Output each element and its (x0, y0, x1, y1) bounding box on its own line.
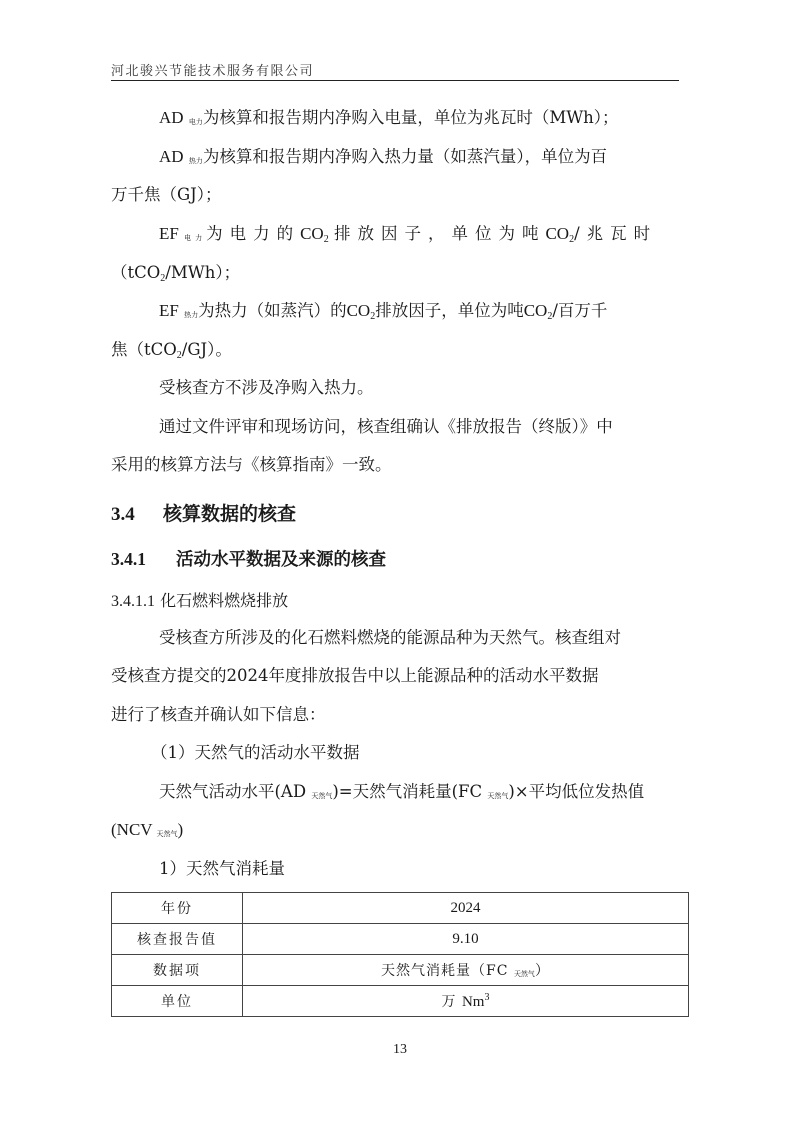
table-cell-value: 万 Nm3 (243, 986, 689, 1017)
gas-consumption-table: 年份 2024 核查报告值 9.10 数据项 天然气消耗量（FC 天然气） 单位… (111, 892, 689, 1017)
section-heading-3-4-1-1: 3.4.1.1 化石燃料燃烧排放 (111, 589, 681, 614)
definition-ef-power: EF 电力为电力的CO2 排放因子，单位为吨CO2/兆瓦时 (111, 222, 729, 252)
section-heading-3-4: 3.4核算数据的核查 (111, 503, 681, 527)
table-cell-value: 9.10 (243, 924, 689, 955)
definition-ad-power: AD 电力为核算和报告期内净购入电量，单位为兆瓦时（MWh）； (111, 106, 729, 134)
definition-ad-heat: AD 热力为核算和报告期内净购入热力量（如蒸汽量），单位为百 (111, 145, 729, 173)
table-row: 年份 2024 (112, 893, 689, 924)
company-name: 河北骏兴节能技术服务有限公司 (111, 60, 314, 79)
paragraph-confirm-cont: 采用的核算方法与《核算指南》一致。 (111, 453, 681, 477)
formula-line-cont: (NCV 天然气) (111, 818, 681, 846)
definition-ad-heat-cont: 万千焦（GJ）； (111, 183, 681, 207)
page-number: 13 (0, 1042, 800, 1058)
table-cell-value: 天然气消耗量（FC 天然气） (243, 955, 689, 986)
table-row: 核查报告值 9.10 (112, 924, 689, 955)
table-cell-label: 年份 (112, 893, 243, 924)
definition-ef-heat-cont: 焦（tCO2/GJ）。 (111, 338, 681, 368)
paragraph-intro-cont: 受核查方提交的2024年度排放报告中以上能源品种的活动水平数据 (111, 664, 681, 688)
sub-item-1: 1）天然气消耗量 (111, 857, 729, 881)
formula-line: 天然气活动水平(AD 天然气)=天然气消耗量(FC 天然气)×平均低位发热值 (111, 780, 729, 808)
section-heading-3-4-1: 3.4.1活动水平数据及来源的核查 (111, 547, 681, 571)
table-cell-label: 单位 (112, 986, 243, 1017)
paragraph-confirm: 通过文件评审和现场访问，核查组确认《排放报告（终版）》中 (111, 415, 729, 439)
definition-ef-heat: EF 热力为热力（如蒸汽）的CO2排放因子，单位为吨CO2/百万千 (111, 299, 729, 329)
paragraph-intro: 受核查方所涉及的化石燃料燃烧的能源品种为天然气。核查组对 (111, 626, 729, 650)
definition-ef-power-cont: （tCO2/MWh）； (111, 261, 681, 291)
list-item-1: （1）天然气的活动水平数据 (111, 741, 721, 765)
table-row: 数据项 天然气消耗量（FC 天然气） (112, 955, 689, 986)
table-cell-label: 数据项 (112, 955, 243, 986)
page-header: 河北骏兴节能技术服务有限公司 (111, 58, 679, 81)
paragraph-no-heat: 受核查方不涉及净购入热力。 (111, 376, 729, 400)
table-row: 单位 万 Nm3 (112, 986, 689, 1017)
table-cell-value: 2024 (243, 893, 689, 924)
paragraph-intro-cont2: 进行了核查并确认如下信息： (111, 703, 681, 727)
table-cell-label: 核查报告值 (112, 924, 243, 955)
